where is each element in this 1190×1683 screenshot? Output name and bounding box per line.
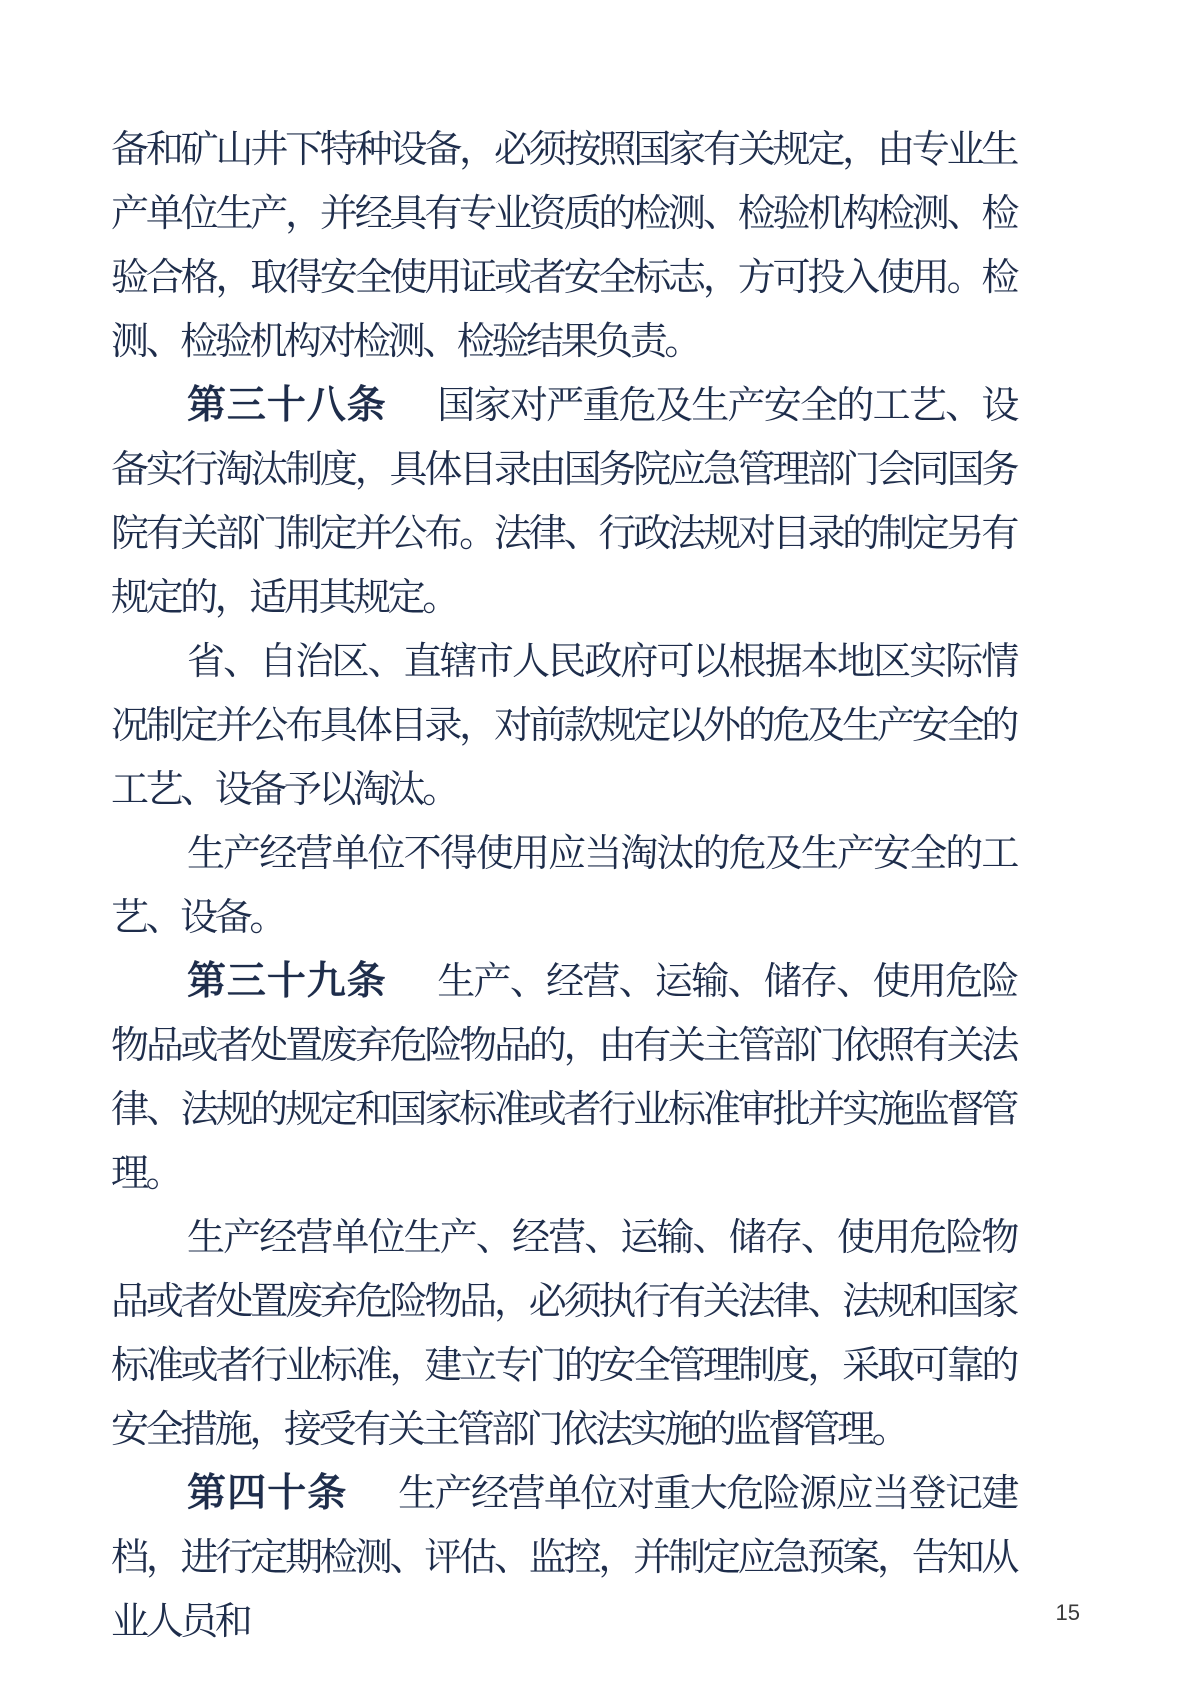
page-number: 15 <box>1056 1598 1080 1628</box>
paragraph: 生产经营单位生产、经营、运输、储存、使用危险物品或者处置废弃危险物品，必须执行有… <box>111 1206 1016 1462</box>
article-number: 第三十九条 <box>187 959 387 1004</box>
article-number: 第四十条 <box>187 1471 347 1516</box>
paragraph: 生产经营单位不得使用应当淘汰的危及生产安全的工艺、设备。 <box>111 822 1016 950</box>
body-text: 备和矿山井下特种设备，必须按照国家有关规定，由专业生产单位生产，并经具有专业资质… <box>111 118 1016 1654</box>
article-number: 第三十八条 <box>187 383 387 428</box>
paragraph-text: 省、自治区、直辖市人民政府可以根据本地区实际情况制定并公布具体目录，对前款规定以… <box>111 641 1016 811</box>
paragraph: 省、自治区、直辖市人民政府可以根据本地区实际情况制定并公布具体目录，对前款规定以… <box>111 630 1016 822</box>
paragraph: 第三十八条国家对严重危及生产安全的工艺、设备实行淘汰制度，具体目录由国务院应急管… <box>111 374 1016 630</box>
paragraph-text: 备和矿山井下特种设备，必须按照国家有关规定，由专业生产单位生产，并经具有专业资质… <box>111 129 1016 363</box>
paragraph: 第三十九条生产、经营、运输、储存、使用危险物品或者处置废弃危险物品的，由有关主管… <box>111 950 1016 1206</box>
paragraph-text: 生产经营单位不得使用应当淘汰的危及生产安全的工艺、设备。 <box>111 833 1016 939</box>
paragraph: 备和矿山井下特种设备，必须按照国家有关规定，由专业生产单位生产，并经具有专业资质… <box>111 118 1016 374</box>
document-page: 备和矿山井下特种设备，必须按照国家有关规定，由专业生产单位生产，并经具有专业资质… <box>0 0 1190 1683</box>
paragraph-text: 生产经营单位生产、经营、运输、储存、使用危险物品或者处置废弃危险物品，必须执行有… <box>111 1217 1016 1451</box>
paragraph: 第四十条生产经营单位对重大危险源应当登记建档，进行定期检测、评估、监控，并制定应… <box>111 1462 1016 1654</box>
